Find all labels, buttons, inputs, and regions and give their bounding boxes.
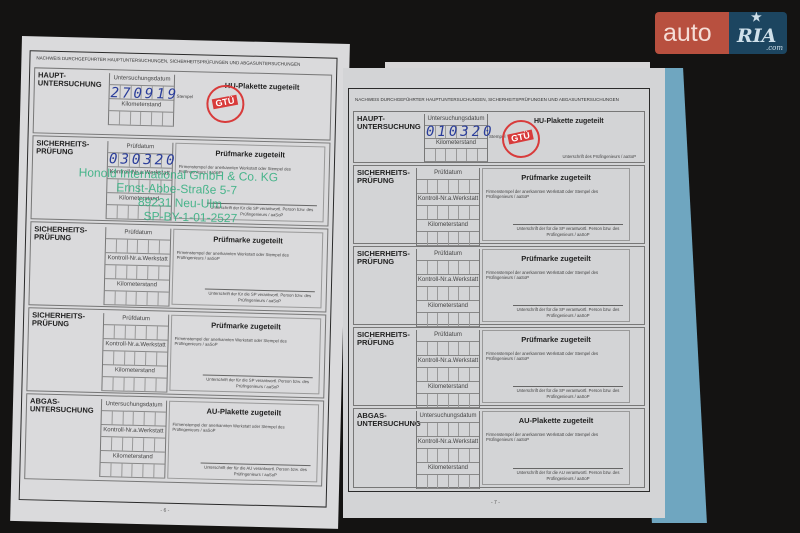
date-cells[interactable] xyxy=(417,342,479,356)
star-icon: ★ xyxy=(751,12,762,24)
date-cells[interactable] xyxy=(417,180,479,194)
logo-auto-text: auto xyxy=(655,12,729,54)
marke-label: Prüfmarke zugeteilt xyxy=(483,335,629,344)
hu-section: HAUPT- UNTERSUCHUNG Untersuchungsdatum K… xyxy=(353,111,645,163)
section-title: SICHERHEITS- PRÜFUNG xyxy=(357,331,410,347)
page-number: - 6 - xyxy=(160,508,169,514)
km-label: Kilometerstand xyxy=(425,139,487,149)
control-cells[interactable] xyxy=(417,368,479,382)
control-label: Kontroll-Nr.a.Werkstatt xyxy=(417,194,479,206)
sp3-grid: Prüfdatum Kontroll-Nr.a.Werkstatt Kilome… xyxy=(416,330,480,408)
control-label: Kontroll-Nr.a.Werkstatt xyxy=(417,437,479,449)
marke-label: Prüfmarke zugeteilt xyxy=(172,320,320,333)
control-cells[interactable] xyxy=(417,206,479,220)
logo-com-text: .com xyxy=(766,44,783,52)
right-page: Nachweis durchgeführter Hauptuntersuchun… xyxy=(343,68,665,518)
signature-note: Unterschrift der für die SP verantwortl.… xyxy=(513,224,623,237)
logo-ria-block: ★ RIA .com xyxy=(729,12,787,54)
km-label: Kilometerstand xyxy=(417,301,479,313)
sp2-section: SICHERHEITS- PRÜFUNG Prüfdatum Kontroll-… xyxy=(28,221,328,312)
sp2-section: SICHERHEITS- PRÜFUNG Prüfdatum Kontroll-… xyxy=(353,246,645,325)
signature-note: Unterschrift des Prüfingenieurs / aaSoP xyxy=(562,154,636,159)
km-label: Kilometerstand xyxy=(417,463,479,475)
control-cells[interactable] xyxy=(105,265,169,281)
signature-note: Unterschrift der für die AU verantwortl.… xyxy=(513,468,623,481)
firm-note: Firmenstempel der anerkannten Werkstatt … xyxy=(174,336,314,350)
km-cells[interactable] xyxy=(104,291,168,307)
marke-box: Prüfmarke zugeteilt Firmenstempel der an… xyxy=(482,249,630,322)
signature-note: Unterschrift der für die SP verantwortl.… xyxy=(202,375,312,391)
control-cells[interactable] xyxy=(101,437,165,453)
marke-box: Prüfmarke zugeteilt Firmenstempel der an… xyxy=(482,330,630,403)
date-label: Prüfdatum xyxy=(417,168,479,180)
date-cells[interactable] xyxy=(417,261,479,275)
firm-note: Firmenstempel der anerkannten Werkstatt … xyxy=(486,432,626,443)
section-title: SICHERHEITS- PRÜFUNG xyxy=(357,250,410,266)
km-cells[interactable] xyxy=(417,475,479,489)
marke-label: Prüfmarke zugeteilt xyxy=(174,234,322,247)
section-title: SICHERHEITS- PRÜFUNG xyxy=(34,225,87,242)
sp1-section: SICHERHEITS- PRÜFUNG Prüfdatum Kontroll-… xyxy=(31,135,331,226)
signature-note: Unterschrift der für die SP verantwortl.… xyxy=(513,386,623,399)
marke-label: Prüfmarke zugeteilt xyxy=(483,173,629,182)
section-title: SICHERHEITS- PRÜFUNG xyxy=(32,311,85,328)
section-title: HAUPT- UNTERSUCHUNG xyxy=(38,71,102,88)
km-cells[interactable] xyxy=(417,232,479,246)
right-page-frame: Nachweis durchgeführter Hauptuntersuchun… xyxy=(348,88,650,492)
km-cells[interactable] xyxy=(102,377,166,393)
au-plakette-box: AU-Plakette zugeteilt Firmenstempel der … xyxy=(167,401,319,483)
au-grid: Untersuchungsdatum Kontroll-Nr.a.Werksta… xyxy=(99,399,167,479)
signature-note: Unterschrift der für die SP verantwortl.… xyxy=(205,289,315,305)
sp1-section: SICHERHEITS- PRÜFUNG Prüfdatum Kontroll-… xyxy=(353,165,645,244)
stempel-label: Stempel xyxy=(177,94,194,99)
au-section: ABGAS- UNTERSUCHUNG Untersuchungsdatum K… xyxy=(353,408,645,488)
sp3-grid: Prüfdatum Kontroll-Nr.a.Werkstatt Kilome… xyxy=(101,313,169,393)
marke-label: Prüfmarke zugeteilt xyxy=(176,148,324,161)
sp3-section: SICHERHEITS- PRÜFUNG Prüfdatum Kontroll-… xyxy=(353,327,645,406)
km-cells[interactable] xyxy=(100,463,164,479)
date-label: Untersuchungsdatum xyxy=(417,411,479,423)
date-label: Prüfdatum xyxy=(417,330,479,342)
firm-note: Firmenstempel der anerkannten Werkstatt … xyxy=(486,351,626,362)
date-cells[interactable] xyxy=(106,239,170,255)
au-section: ABGAS- UNTERSUCHUNG Untersuchungsdatum K… xyxy=(24,393,324,486)
km-cells[interactable] xyxy=(425,149,487,162)
date-cells[interactable] xyxy=(102,411,166,427)
marke-box: Prüfmarke zugeteilt Firmenstempel der an… xyxy=(171,229,323,309)
page-header: Nachweis durchgeführter Hauptuntersuchun… xyxy=(36,55,300,66)
km-cells[interactable] xyxy=(109,111,173,127)
control-label: Kontroll-Nr.a.Werkstatt xyxy=(417,275,479,287)
au-plakette-label: AU-Plakette zugeteilt xyxy=(483,416,629,425)
section-title: SICHERHEITS- PRÜFUNG xyxy=(36,139,89,156)
firm-note: Firmenstempel der anerkannten Werkstatt … xyxy=(486,189,626,200)
sp2-grid: Prüfdatum Kontroll-Nr.a.Werkstatt Kilome… xyxy=(103,227,171,307)
marke-box: Prüfmarke zugeteilt Firmenstempel der an… xyxy=(169,315,321,395)
km-cells[interactable] xyxy=(417,394,479,408)
marke-label: Prüfmarke zugeteilt xyxy=(483,254,629,263)
au-plakette-label: AU-Plakette zugeteilt xyxy=(170,406,318,419)
signature-note: Unterschrift der für die SP verantwortl.… xyxy=(513,305,623,318)
au-plakette-box: AU-Plakette zugeteilt Firmenstempel der … xyxy=(482,411,630,485)
firm-note: Firmenstempel der anerkannten Werkstatt … xyxy=(486,270,626,281)
gtu-stamp: GTÜ xyxy=(206,85,245,124)
plakette-label: HU-Plakette zugeteilt xyxy=(534,118,604,125)
section-title: HAUPT- UNTERSUCHUNG xyxy=(357,115,421,131)
section-title: ABGAS- UNTERSUCHUNG xyxy=(30,397,94,414)
date-cells[interactable] xyxy=(417,423,479,437)
signature-note: Unterschrift der für die AU verantwortl.… xyxy=(200,463,310,479)
sp3-section: SICHERHEITS- PRÜFUNG Prüfdatum Kontroll-… xyxy=(26,307,326,398)
left-page-frame: Nachweis durchgeführter Hauptuntersuchun… xyxy=(19,50,338,507)
handwritten-date: 270919 xyxy=(110,85,179,103)
firm-note: Firmenstempel der anerkannten Werkstatt … xyxy=(177,250,317,264)
left-page: Nachweis durchgeführter Hauptuntersuchun… xyxy=(10,36,350,529)
section-title: ABGAS- UNTERSUCHUNG xyxy=(357,412,421,428)
marke-box: Prüfmarke zugeteilt Firmenstempel der an… xyxy=(482,168,630,241)
km-label: Kilometerstand xyxy=(417,220,479,232)
date-cells[interactable] xyxy=(104,325,168,341)
page-header: Nachweis durchgeführter Hauptuntersuchun… xyxy=(355,97,619,102)
km-label: Kilometerstand xyxy=(417,382,479,394)
autoria-logo: auto ★ RIA .com xyxy=(655,12,787,54)
section-title: SICHERHEITS- PRÜFUNG xyxy=(357,169,410,185)
green-workshop-stamp: Honold International GmbH & Co. KG Ernst… xyxy=(77,165,278,226)
au-grid: Untersuchungsdatum Kontroll-Nr.a.Werksta… xyxy=(416,411,480,489)
km-cells[interactable] xyxy=(417,313,479,327)
control-label: Kontroll-Nr.a.Werkstatt xyxy=(417,356,479,368)
control-cells[interactable] xyxy=(103,351,167,367)
page-number: - 7 - xyxy=(491,500,500,506)
handwritten-date: 010320 xyxy=(426,124,495,140)
firm-note: Firmenstempel der anerkannten Werkstatt … xyxy=(172,422,312,436)
date-label: Prüfdatum xyxy=(417,249,479,261)
sp2-grid: Prüfdatum Kontroll-Nr.a.Werkstatt Kilome… xyxy=(416,249,480,327)
gtu-stamp: GTÜ xyxy=(502,120,540,158)
hu-section: HAUPT- UNTERSUCHUNG Untersuchungsdatum K… xyxy=(33,67,333,140)
control-cells[interactable] xyxy=(417,287,479,301)
control-cells[interactable] xyxy=(417,449,479,463)
sp1-grid: Prüfdatum Kontroll-Nr.a.Werkstatt Kilome… xyxy=(416,168,480,246)
